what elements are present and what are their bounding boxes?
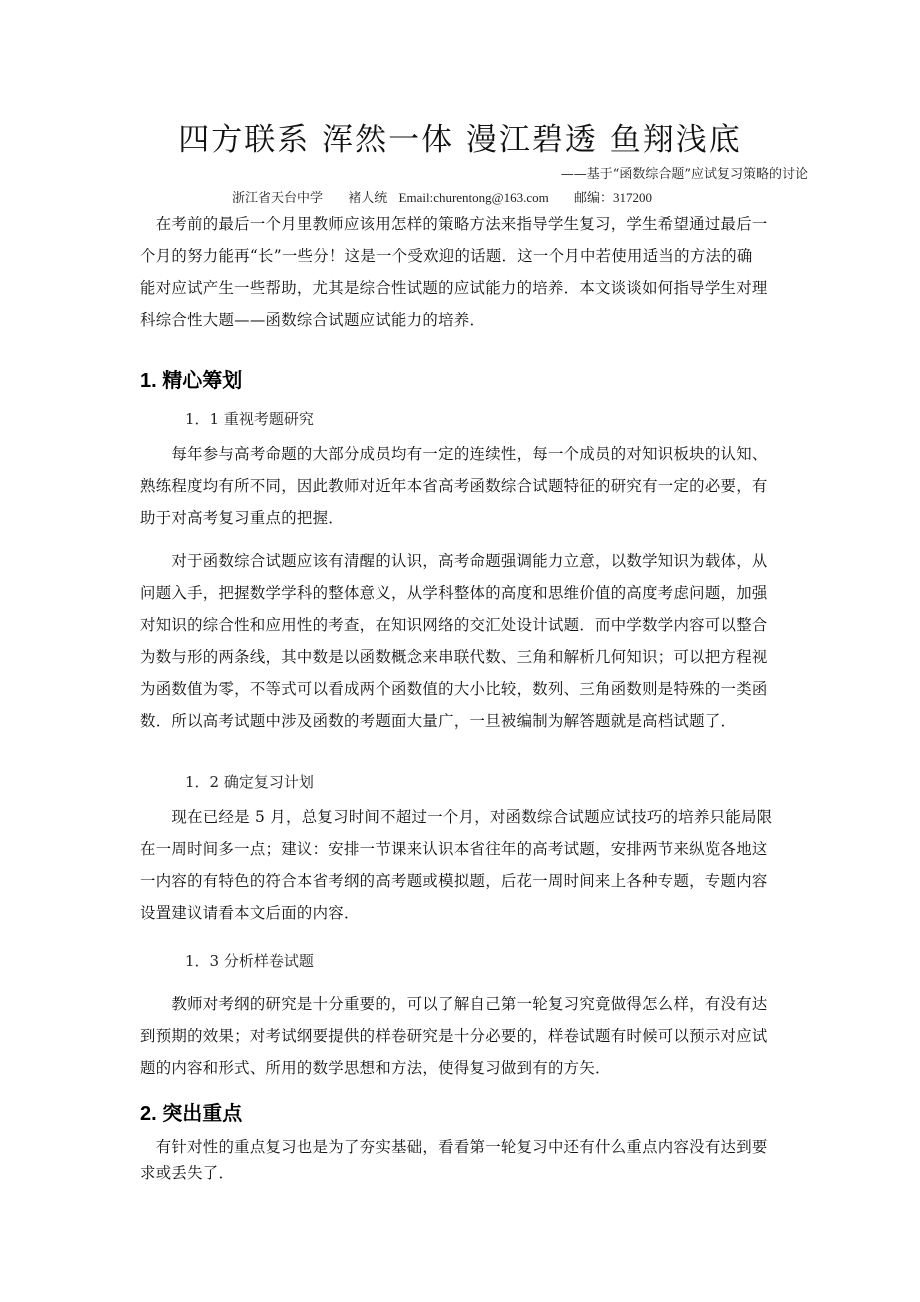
section-1-2-heading: 1．2 确定复习计划 xyxy=(185,771,314,792)
text-line: 有针对性的重点复习也是为了夯实基础，看看第一轮复习中还有什么重点内容没有达到要 xyxy=(140,1134,790,1160)
author-school: 浙江省天台中学 xyxy=(232,190,323,205)
text-line: 对知识的综合性和应用性的考查，在知识网络的交汇处设计试题．而中学数学内容可以整合 xyxy=(140,609,790,641)
text-line: 现在已经是 5 月，总复习时间不超过一个月，对函数综合试题应试技巧的培养只能局限 xyxy=(140,801,790,833)
author-postcode: 邮编：317200 xyxy=(574,190,652,205)
section-1-1-heading: 1．1 重视考题研究 xyxy=(185,408,314,429)
text-line: 数．所以高考试题中涉及函数的考题面大量广，一旦被编制为解答题就是高档试题了． xyxy=(140,705,790,737)
text-line: 科综合性大题——函数综合试题应试能力的培养． xyxy=(140,304,790,336)
text-line: 个月的努力能再“长”一些分！这是一个受欢迎的话题．这一个月中若使用适当的方法的确 xyxy=(140,240,790,272)
text-line: 对于函数综合试题应该有清醒的认识，高考命题强调能力立意，以数学知识为载体，从 xyxy=(140,545,790,577)
text-line: 教师对考纲的研究是十分重要的，可以了解自己第一轮复习究竟做得怎么样，有没有达 xyxy=(140,988,790,1020)
text-line: 能对应试产生一些帮助，尤其是综合性试题的应试能力的培养．本文谈谈如何指导学生对理 xyxy=(140,272,790,304)
text-line: 设置建议请看本文后面的内容． xyxy=(140,897,790,929)
author-email: Email:churentong@163.com xyxy=(399,190,549,205)
section-1-1-paragraph-2: 对于函数综合试题应该有清醒的认识，高考命题强调能力立意，以数学知识为载体，从 问… xyxy=(140,545,790,737)
section-1-3-paragraph: 教师对考纲的研究是十分重要的，可以了解自己第一轮复习究竟做得怎么样，有没有达 到… xyxy=(140,988,790,1084)
section-2-heading: 2. 突出重点 xyxy=(140,1097,242,1126)
document-title: 四方联系 浑然一体 漫江碧透 鱼翔浅底 xyxy=(0,114,920,159)
text-line: 为数与形的两条线，其中数是以函数概念来串联代数、三角和解析几何知识；可以把方程视 xyxy=(140,641,790,673)
text-line: 到预期的效果；对考试纲要提供的样卷研究是十分必要的，样卷试题有时候可以预示对应试 xyxy=(140,1020,790,1052)
text-line: 在一周时间多一点；建议：安排一节课来认识本省往年的高考试题，安排两节来纵览各地这 xyxy=(140,833,790,865)
text-line: 求或丢失了． xyxy=(140,1160,790,1186)
text-line: 问题入手，把握数学学科的整体意义，从学科整体的高度和思维价值的高度考虑问题，加强 xyxy=(140,577,790,609)
section-1-3-heading: 1．3 分析样卷试题 xyxy=(185,950,314,971)
section-1-1-paragraph-1: 每年参与高考命题的大部分成员均有一定的连续性，每一个成员的对知识板块的认知、 熟… xyxy=(140,438,790,534)
text-line: 为函数值为零，不等式可以看成两个函数值的大小比较，数列、三角函数则是特殊的一类函 xyxy=(140,673,790,705)
text-line: 在考前的最后一个月里教师应该用怎样的策略方法来指导学生复习，学生希望通过最后一 xyxy=(140,208,790,240)
text-line: 一内容的有特色的符合本省考纲的高考题或模拟题，后花一周时间来上各种专题，专题内容 xyxy=(140,865,790,897)
text-line: 每年参与高考命题的大部分成员均有一定的连续性，每一个成员的对知识板块的认知、 xyxy=(140,438,790,470)
author-name: 褚人统 xyxy=(348,190,387,205)
section-1-2-paragraph: 现在已经是 5 月，总复习时间不超过一个月，对函数综合试题应试技巧的培养只能局限… xyxy=(140,801,790,929)
text-line: 熟练程度均有所不同，因此教师对近年本省高考函数综合试题特征的研究有一定的必要，有 xyxy=(140,470,790,502)
intro-paragraph: 在考前的最后一个月里教师应该用怎样的策略方法来指导学生复习，学生希望通过最后一 … xyxy=(140,208,790,336)
document-subtitle: ——基于“函数综合题”应试复习策略的讨论 xyxy=(561,163,808,182)
text-line: 题的内容和形式、所用的数学思想和方法，使得复习做到有的方矢． xyxy=(140,1052,790,1084)
section-1-heading: 1. 精心筹划 xyxy=(140,364,242,393)
section-2-paragraph: 有针对性的重点复习也是为了夯实基础，看看第一轮复习中还有什么重点内容没有达到要 … xyxy=(140,1134,790,1186)
text-line: 助于对高考复习重点的把握． xyxy=(140,502,790,534)
author-line: 浙江省天台中学 褚人统 Email:churentong@163.com 邮编：… xyxy=(232,187,674,206)
